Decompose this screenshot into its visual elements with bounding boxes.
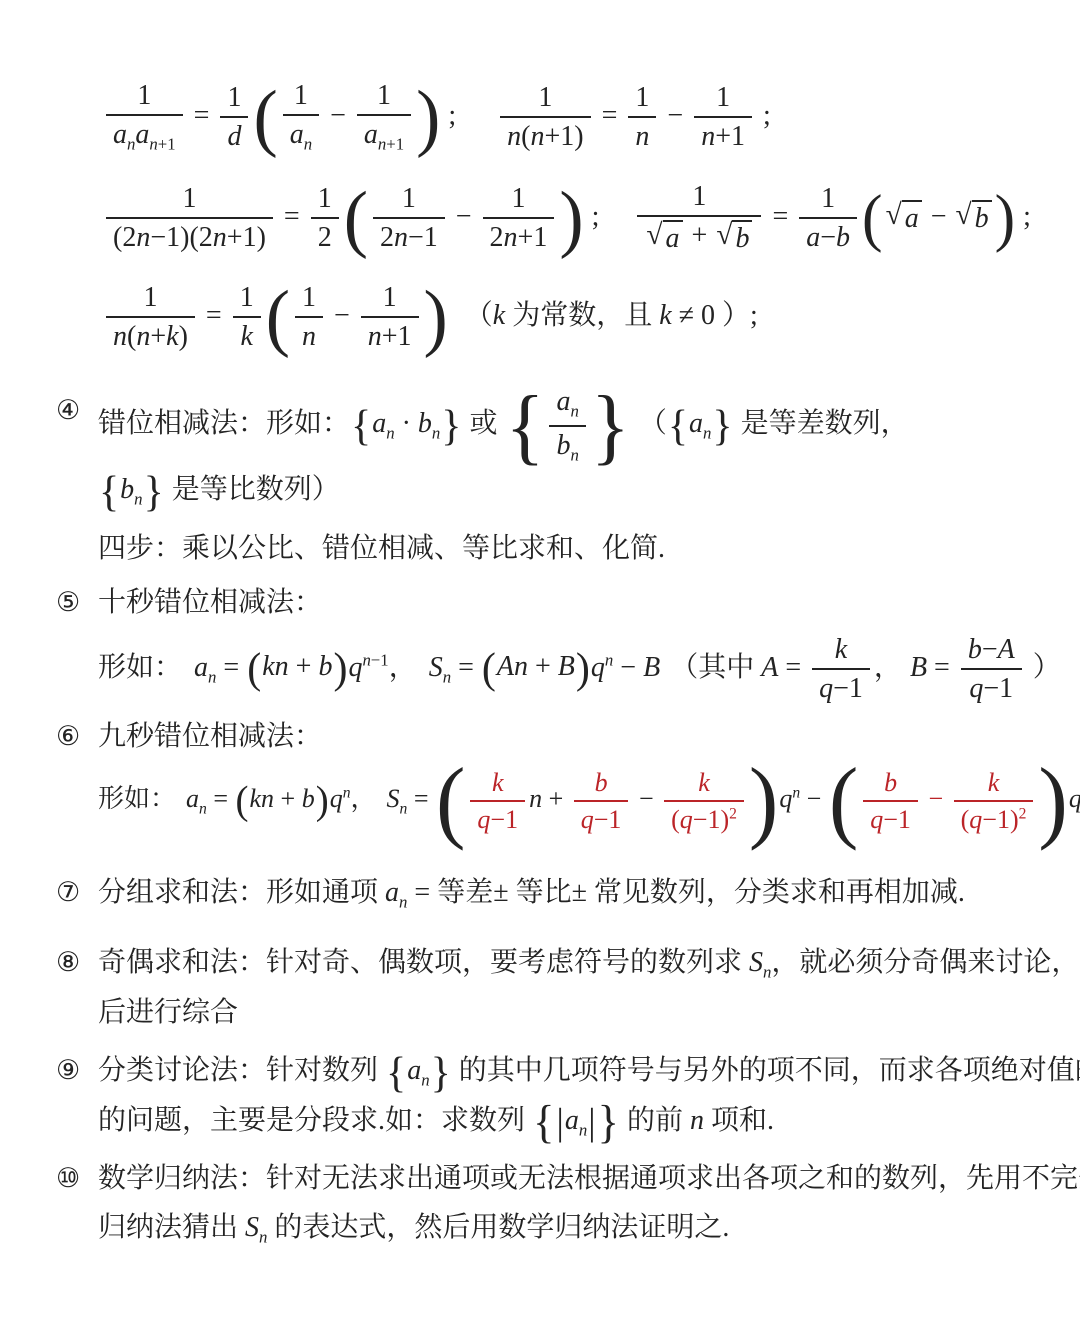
math-text: 2 <box>490 222 504 253</box>
radicand: a <box>902 200 922 236</box>
fraction-denominator: n <box>628 121 656 152</box>
formula-row-partial-fractions-1: 1anan+1 = 1d(1an − 1an+1) ;1n(n+1) = 1n … <box>102 80 1046 155</box>
fraction-bar <box>361 316 419 318</box>
fraction-denominator: a−b <box>799 222 857 253</box>
math-text: ，就必须分奇偶来讨论，最 <box>771 947 1080 978</box>
math-text: = <box>199 300 229 331</box>
fraction-numerator: b−A <box>961 634 1022 665</box>
fenced-group: (kq−1n + bq−1 − k(q−1)2) <box>435 784 779 813</box>
fraction-bar <box>373 217 445 219</box>
math-text: ， <box>351 784 377 813</box>
math-variable: a <box>689 408 703 439</box>
math-variable: a <box>407 1055 421 1086</box>
fraction-numerator: 1 <box>175 183 203 214</box>
fraction-bar <box>694 116 752 118</box>
math-text: + <box>528 651 558 682</box>
item-7-line: 分组求和法：形如通项 an = 等差± 等比± 常见数列，分类求和再相加减. <box>98 868 1046 918</box>
math-variable: k <box>492 768 504 797</box>
math-text: 的前 <box>620 1105 690 1136</box>
math-variable: b <box>975 203 989 234</box>
math-variable: b <box>120 474 134 505</box>
math-variable: k <box>493 300 505 331</box>
math-text: + <box>685 220 715 251</box>
math-fraction: 1an <box>283 80 319 155</box>
math-variable: a <box>290 119 304 150</box>
fenced-group: {bn} <box>98 474 165 505</box>
math-variable: S <box>749 947 763 978</box>
math-text: ( <box>961 805 970 834</box>
math-text: 1 <box>538 82 552 113</box>
item-4-dislocation-subtraction: ④ 错位相减法：形如：{an · bn} 或 {anbn}（{an} 是等差数列… <box>56 386 1046 515</box>
radical-icon: √ <box>956 200 972 231</box>
fenced-group: (kn + b) <box>246 651 348 682</box>
math-text: · <box>395 408 418 439</box>
fraction-bar <box>799 217 857 219</box>
math-variable: n <box>199 801 207 818</box>
formula-row-partial-fractions-2: 1(2n−1)(2n+1) = 12(12n−1 − 12n+1) ;1√a +… <box>102 181 1046 256</box>
math-text: ; <box>441 100 456 131</box>
math-text: − <box>660 100 690 131</box>
math-fraction: kq−1 <box>812 634 870 705</box>
math-variable: q <box>1069 784 1080 813</box>
superscript: n <box>343 785 351 802</box>
subscript: n <box>703 424 711 443</box>
math-text: ) <box>179 321 188 352</box>
math-variable: n <box>530 121 544 152</box>
math-text: （ <box>639 408 667 439</box>
fraction-bar <box>357 114 411 116</box>
math-text: 错位相减法：形如： <box>98 408 350 439</box>
subscript: n+1 <box>378 135 404 154</box>
item-5-marker: ⑤ <box>56 578 98 627</box>
fraction-denominator: 2n+1 <box>483 222 555 253</box>
fraction-bar <box>637 215 761 217</box>
subscript: n <box>570 402 578 421</box>
item-10-mathematical-induction: ⑩ 数学归纳法：针对无法求出通项或无法根据通项求出各项之和的数列，先用不完全 归… <box>56 1154 1046 1254</box>
fenced-group: |an| <box>556 1105 597 1136</box>
math-variable: n <box>579 1120 587 1139</box>
math-variable: An <box>497 651 528 682</box>
math-text: 分组求和法：形如通项 <box>98 877 385 908</box>
subscript: n <box>443 667 451 686</box>
math-variable: b <box>836 222 850 253</box>
item-4-content: 错位相减法：形如：{an · bn} 或 {anbn}（{an} 是等差数列，{… <box>98 386 1046 515</box>
math-text: 1 <box>383 282 397 313</box>
fenced-group: (An + B) <box>481 651 591 682</box>
math-fraction: 1n+1 <box>694 82 752 153</box>
fraction-numerator: 1 <box>233 282 261 313</box>
math-fraction: b−Aq−1 <box>961 634 1022 705</box>
math-text: 1 <box>635 82 649 113</box>
fenced-group: {an} <box>667 408 734 439</box>
fraction-bar <box>574 800 629 802</box>
math-text: −1 <box>371 650 389 669</box>
item-8-marker: ⑧ <box>56 938 98 987</box>
subscript: n <box>386 424 394 443</box>
math-text: − <box>327 300 357 331</box>
fenced-group: (1an − 1an+1) <box>252 100 441 131</box>
math-variable: n <box>134 490 142 509</box>
math-text: − <box>924 201 954 232</box>
fraction-bar <box>470 800 525 802</box>
math-text: = <box>595 100 625 131</box>
fraction-numerator: 1 <box>370 80 398 111</box>
math-text: 2 <box>318 222 332 253</box>
red-highlight-group: k(q−1)2 <box>950 784 1038 813</box>
math-variable: n <box>394 222 408 253</box>
item-8-line-2: 后进行综合 <box>98 988 1046 1038</box>
math-text: 1 <box>182 183 196 214</box>
math-variable: n <box>792 785 800 802</box>
math-text: = <box>187 100 217 131</box>
fraction-bar <box>106 217 273 219</box>
math-variable: S <box>387 784 400 813</box>
radicand: b <box>732 220 752 256</box>
math-text: −1 <box>983 673 1013 704</box>
math-variable: q <box>348 651 362 682</box>
math-text: ( <box>671 805 680 834</box>
item-10-content: 数学归纳法：针对无法求出通项或无法根据通项求出各项之和的数列，先用不完全 归纳法… <box>98 1154 1046 1254</box>
subscript: n <box>570 445 578 464</box>
math-text: （其中 <box>670 651 761 682</box>
fraction-bar <box>106 316 195 318</box>
math-text: = <box>927 651 957 682</box>
math-fraction: 1anan+1 <box>106 80 183 155</box>
fraction-denominator: n+1 <box>361 321 419 352</box>
math-fraction: 1n(n+k) <box>106 282 195 353</box>
math-variable: k <box>240 321 252 352</box>
math-fraction: 1n <box>295 282 323 353</box>
fraction-numerator: 1 <box>685 181 713 212</box>
math-text: +1 <box>518 222 548 253</box>
math-text: − <box>449 201 479 232</box>
math-variable: b <box>318 651 332 682</box>
math-text: 2 <box>380 222 394 253</box>
math-text: = <box>407 784 435 813</box>
math-variable: k <box>835 634 847 665</box>
math-variable: q <box>870 805 883 834</box>
math-fraction: 1k <box>233 282 261 353</box>
math-text: = <box>765 201 795 232</box>
fraction-denominator: q−1 <box>962 673 1020 704</box>
fraction-denominator: q−1 <box>574 805 629 834</box>
math-variable: b <box>302 784 315 813</box>
fraction-denominator: an+1 <box>357 119 411 154</box>
fraction-numerator: k <box>691 768 717 797</box>
math-text: 归纳法猜出 <box>98 1212 245 1243</box>
item-5-content: 十秒错位相减法： <box>98 578 1046 628</box>
fraction-bar <box>863 800 918 802</box>
radicand: a <box>663 220 683 256</box>
math-variable: n <box>302 321 316 352</box>
fenced-group: {an} <box>385 1055 452 1086</box>
math-text: ) <box>1010 805 1019 834</box>
math-variable: n <box>378 135 386 154</box>
sqrt-expression: √a <box>646 220 682 256</box>
math-variable: q <box>779 784 792 813</box>
fraction-numerator: an <box>549 386 585 421</box>
math-fraction: k(q−1)2 <box>954 768 1034 834</box>
fraction-numerator: k <box>828 634 854 665</box>
math-variable: a <box>556 386 570 417</box>
item-10-marker: ⑩ <box>56 1154 98 1203</box>
math-fraction: bq−1 <box>863 768 918 834</box>
fraction-numerator: 1 <box>130 80 158 111</box>
sqrt-expression: √a <box>886 200 922 236</box>
math-variable: n <box>368 321 382 352</box>
fraction-denominator: q−1 <box>470 805 525 834</box>
radical-icon: √ <box>646 220 662 251</box>
math-text: 形如： <box>98 784 176 813</box>
item-5-line: 十秒错位相减法： <box>98 578 1046 628</box>
math-fraction: 1an+1 <box>357 80 411 155</box>
math-text: + <box>542 784 570 813</box>
fraction-bar <box>233 316 261 318</box>
math-text: 1 <box>692 181 706 212</box>
fraction-numerator: 1 <box>295 282 323 313</box>
subscript: n <box>304 135 312 154</box>
math-text: ; <box>1016 201 1031 232</box>
math-variable: n <box>570 445 578 464</box>
math-text: 形如： <box>98 651 182 682</box>
math-variable: n <box>362 650 370 669</box>
math-variable: S <box>245 1212 259 1243</box>
math-text: (2 <box>113 222 136 253</box>
item-7-content: 分组求和法：形如通项 an = 等差± 等比± 常见数列，分类求和再相加减. <box>98 868 1046 918</box>
red-highlight-group: − <box>922 784 950 813</box>
radical-icon: √ <box>886 200 902 231</box>
math-variable: n <box>432 424 440 443</box>
math-text: − <box>922 784 950 813</box>
math-text: ) <box>574 121 583 152</box>
math-text: 的其中几项符号与另外的项不同，而求各项绝对值的和 <box>452 1055 1080 1086</box>
fraction-denominator: k <box>233 321 259 352</box>
math-text: 1 <box>227 82 241 113</box>
fraction-denominator: an <box>283 119 319 154</box>
subscript: n <box>134 490 142 509</box>
math-text: 1 <box>240 282 254 313</box>
math-text: ( <box>127 321 136 352</box>
math-variable: n <box>136 321 150 352</box>
red-highlight-group: bq−1 <box>859 784 922 813</box>
fraction-bar <box>283 114 319 116</box>
fraction-denominator: (q−1)2 <box>954 805 1034 834</box>
math-text: 的问题，主要是分段求.如：求数列 <box>98 1105 532 1136</box>
fraction-numerator: b <box>588 768 615 797</box>
fenced-group: (√a − √b) <box>861 201 1016 232</box>
fraction-denominator: 2n−1 <box>373 222 445 253</box>
fenced-group: {anbn} <box>504 408 630 439</box>
math-variable: n <box>443 667 451 686</box>
math-variable: n <box>304 135 312 154</box>
item-9-case-discussion: ⑨ 分类讨论法：针对数列 {an} 的其中几项符号与另外的项不同，而求各项绝对值… <box>56 1046 1046 1146</box>
fraction-numerator: 1 <box>395 183 423 214</box>
fenced-group: (kn + b) <box>234 784 329 813</box>
math-text: 1 <box>302 282 316 313</box>
math-text: 1 <box>318 183 332 214</box>
math-variable: q <box>330 784 343 813</box>
math-text: − <box>613 651 643 682</box>
math-variable: n <box>149 135 157 154</box>
math-fraction: 12 <box>311 183 339 254</box>
math-variable: a <box>194 651 208 682</box>
fraction-denominator: n(n+1) <box>500 121 590 152</box>
fraction-denominator: 2 <box>311 222 339 253</box>
math-variable: b <box>556 430 570 461</box>
subscript: n <box>432 424 440 443</box>
math-text: 奇偶求和法：针对奇、偶数项，要考虑符号的数列求 <box>98 947 749 978</box>
math-variable: a <box>905 203 919 234</box>
math-fraction: bq−1 <box>574 768 629 834</box>
math-fraction: 12n+1 <box>483 183 555 254</box>
math-text: = <box>277 201 307 232</box>
fraction-bar <box>500 116 590 118</box>
formula-row-nine-second: 形如：an = (kn + b)qn，Sn = (kq−1n + bq−1 − … <box>98 768 1046 834</box>
math-text: −1 <box>883 805 911 834</box>
superscript: 2 <box>729 806 737 823</box>
fraction-numerator: k <box>485 768 511 797</box>
fraction-bar <box>483 217 555 219</box>
math-text: ， <box>874 651 902 682</box>
math-text: 分类讨论法：针对数列 <box>98 1055 385 1086</box>
math-fraction: 1(2n−1)(2n+1) <box>106 183 273 254</box>
fraction-numerator: 1 <box>311 183 339 214</box>
item-8-odd-even-summation: ⑧ 奇偶求和法：针对奇、偶数项，要考虑符号的数列求 Sn，就必须分奇偶来讨论，最… <box>56 938 1046 1038</box>
math-text: ) <box>257 222 266 253</box>
fraction-bar <box>628 116 656 118</box>
math-fraction: k(q−1)2 <box>664 768 744 834</box>
math-variable: kn <box>249 784 274 813</box>
fraction-bar <box>295 316 323 318</box>
fraction-bar <box>549 425 585 427</box>
math-fraction: 12n−1 <box>373 183 445 254</box>
math-text: + <box>274 784 302 813</box>
fraction-bar <box>812 668 870 670</box>
math-variable: b <box>595 768 608 797</box>
math-text: −1 <box>150 222 180 253</box>
math-variable: n <box>703 424 711 443</box>
fraction-numerator: 1 <box>628 82 656 113</box>
math-variable: n <box>213 222 227 253</box>
sqrt-expression: √b <box>716 220 752 256</box>
math-text: − <box>323 100 353 131</box>
math-text: 1 <box>137 80 151 111</box>
math-variable: a <box>372 408 386 439</box>
math-variable: n <box>113 321 127 352</box>
radicand: b <box>972 200 992 236</box>
math-text: 或 <box>462 408 504 439</box>
item-9-marker: ⑨ <box>56 1046 98 1095</box>
red-highlight-group: k(q−1)2 <box>660 784 748 813</box>
item-9-line-1: 分类讨论法：针对数列 {an} 的其中几项符号与另外的项不同，而求各项绝对值的和 <box>98 1046 1046 1096</box>
math-text: 1 <box>377 80 391 111</box>
item-9-content: 分类讨论法：针对数列 {an} 的其中几项符号与另外的项不同，而求各项绝对值的和… <box>98 1046 1046 1146</box>
fraction-numerator: 1 <box>136 282 164 313</box>
math-text: 是等比数列） <box>165 474 340 505</box>
item-8-content: 奇偶求和法：针对奇、偶数项，要考虑符号的数列求 Sn，就必须分奇偶来讨论，最 后… <box>98 938 1046 1038</box>
math-text: 是等差数列， <box>734 408 909 439</box>
math-text: 1 <box>821 183 835 214</box>
fraction-denominator: n+1 <box>694 121 752 152</box>
math-text: ， <box>389 651 417 682</box>
math-variable: n <box>136 222 150 253</box>
math-text: − <box>982 634 998 665</box>
fraction-bar <box>961 668 1022 670</box>
math-fraction: 1n(n+1) <box>500 82 590 153</box>
fraction-denominator: n(n+k) <box>106 321 195 352</box>
math-variable: n <box>504 222 518 253</box>
math-variable: q <box>591 651 605 682</box>
math-text: = <box>207 784 235 813</box>
math-text: 十秒错位相减法： <box>98 587 322 618</box>
math-variable: S <box>429 651 443 682</box>
fraction-bar <box>106 114 183 116</box>
math-text: −1 <box>408 222 438 253</box>
math-text: 1 <box>294 80 308 111</box>
math-variable: b <box>884 768 897 797</box>
math-text: +1 <box>544 121 574 152</box>
fraction-numerator: 1 <box>531 82 559 113</box>
fraction-denominator: q−1 <box>812 673 870 704</box>
math-text: 后进行综合 <box>98 997 238 1028</box>
math-variable: n <box>507 121 521 152</box>
math-fraction: 1n <box>628 82 656 153</box>
fraction-numerator: k <box>981 768 1007 797</box>
math-text: 1 <box>716 82 730 113</box>
math-text: ; <box>585 201 600 232</box>
superscript: n <box>792 785 800 802</box>
fraction-numerator: 1 <box>709 82 737 113</box>
subscript: n+1 <box>149 135 175 154</box>
fraction-numerator: b <box>877 768 904 797</box>
math-variable: d <box>227 121 241 152</box>
math-fraction: kq−1 <box>470 768 525 834</box>
item-6-content: 九秒错位相减法： <box>98 712 1046 762</box>
math-text: +1 <box>158 135 176 154</box>
math-variable: q <box>819 673 833 704</box>
math-text: − <box>632 784 660 813</box>
math-text: 1 <box>143 282 157 313</box>
math-text: −1 <box>594 805 622 834</box>
math-text: +1 <box>715 121 745 152</box>
math-text: ≠ 0 ）; <box>672 300 758 331</box>
math-text: −1 <box>833 673 863 704</box>
math-fraction: 1n+1 <box>361 282 419 353</box>
fraction-numerator: 1 <box>287 80 315 111</box>
math-text: − <box>820 222 836 253</box>
math-variable: a <box>666 223 680 254</box>
math-variable: B <box>643 651 660 682</box>
math-text: = <box>451 651 481 682</box>
math-fraction: 1d <box>220 82 248 153</box>
math-text: （ <box>465 300 493 331</box>
math-variable: n <box>635 121 649 152</box>
fenced-group: (12n−1 − 12n+1) <box>343 201 585 232</box>
item-4-steps-line: 四步：乘以公比、错位相减、等比求和、化简. <box>98 527 1046 572</box>
math-text: 的表达式，然后用数学归纳法证明之. <box>267 1212 729 1243</box>
red-highlight-group: bq−1 <box>570 784 633 813</box>
document-content: 1anan+1 = 1d(1an − 1an+1) ;1n(n+1) = 1n … <box>0 0 1080 1253</box>
math-variable: a <box>806 222 820 253</box>
subscript: n <box>199 801 207 818</box>
math-text: 1 <box>402 183 416 214</box>
fraction-denominator: (q−1)2 <box>664 805 744 834</box>
math-text: 为常数，且 <box>505 300 659 331</box>
math-variable: k <box>988 768 1000 797</box>
radical-icon: √ <box>716 220 732 251</box>
superscript: 2 <box>1019 806 1027 823</box>
fraction-denominator: √a + √b <box>637 220 761 256</box>
